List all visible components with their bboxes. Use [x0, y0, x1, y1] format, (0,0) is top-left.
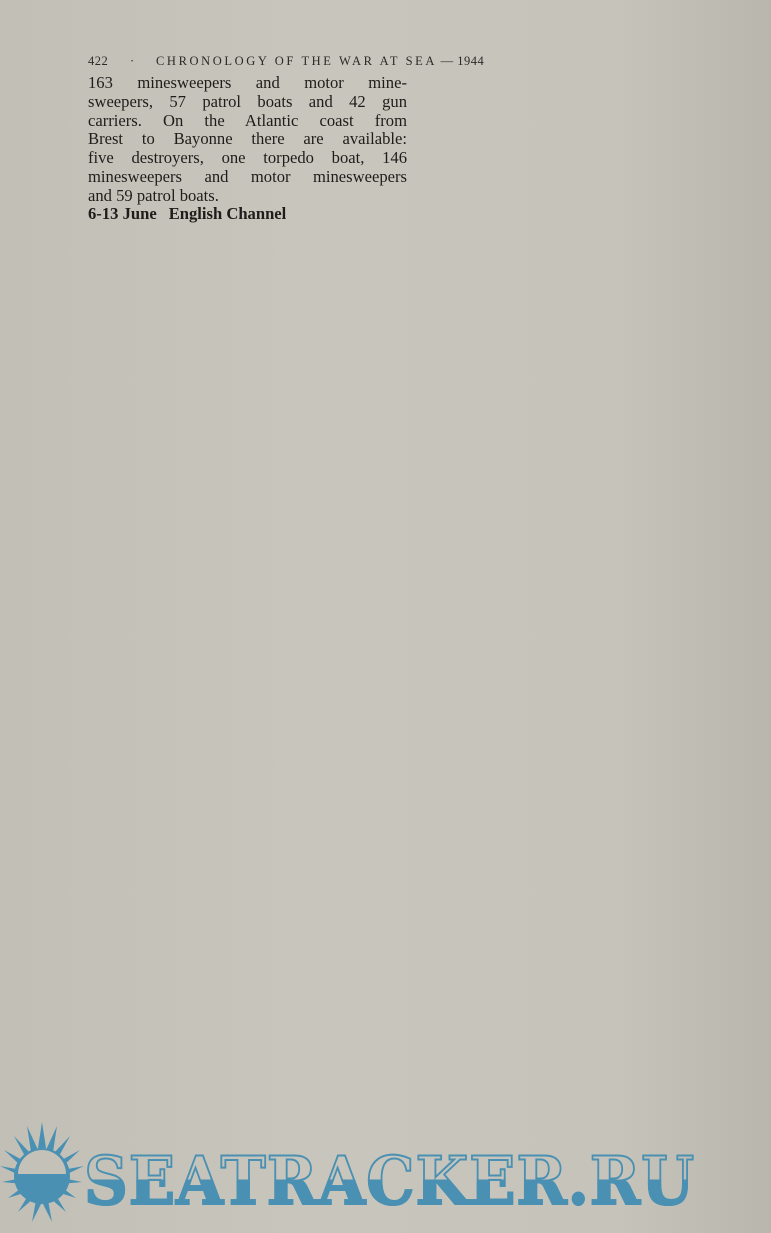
- header-year: 1944: [457, 54, 484, 68]
- text-line: minesweepers and motor minesweepers: [88, 168, 407, 187]
- text-line: carriers. On the Atlantic coast from: [88, 112, 407, 131]
- watermark-text: SEATRACKER.RU: [84, 1146, 695, 1216]
- section-location: English Channel: [169, 204, 287, 223]
- text-line: five destroyers, one torpedo boat, 146: [88, 149, 407, 168]
- text-line: 163 minesweepers and motor mine-: [88, 74, 407, 93]
- sun-over-sea-icon: [0, 1118, 84, 1228]
- text-line: sweepers, 57 patrol boats and 42 gun: [88, 93, 407, 112]
- left-column: 163 minesweepers and motor mine- sweeper…: [88, 74, 407, 224]
- page-header: 422·CHRONOLOGY OF THE WAR AT SEA — 1944: [88, 54, 738, 69]
- section-heading: 6-13 JuneEnglish Channel: [88, 205, 407, 224]
- text-line: and 59 patrol boats.: [88, 187, 407, 206]
- running-title: CHRONOLOGY OF THE WAR AT SEA: [156, 54, 437, 68]
- section-date: 6-13 June: [88, 204, 157, 223]
- header-separator: ·: [130, 54, 156, 69]
- watermark: SEATRACKER.RU: [0, 1118, 771, 1233]
- header-dash: —: [437, 54, 457, 68]
- text-line: Brest to Bayonne there are available:: [88, 130, 407, 149]
- page-number: 422: [88, 54, 130, 69]
